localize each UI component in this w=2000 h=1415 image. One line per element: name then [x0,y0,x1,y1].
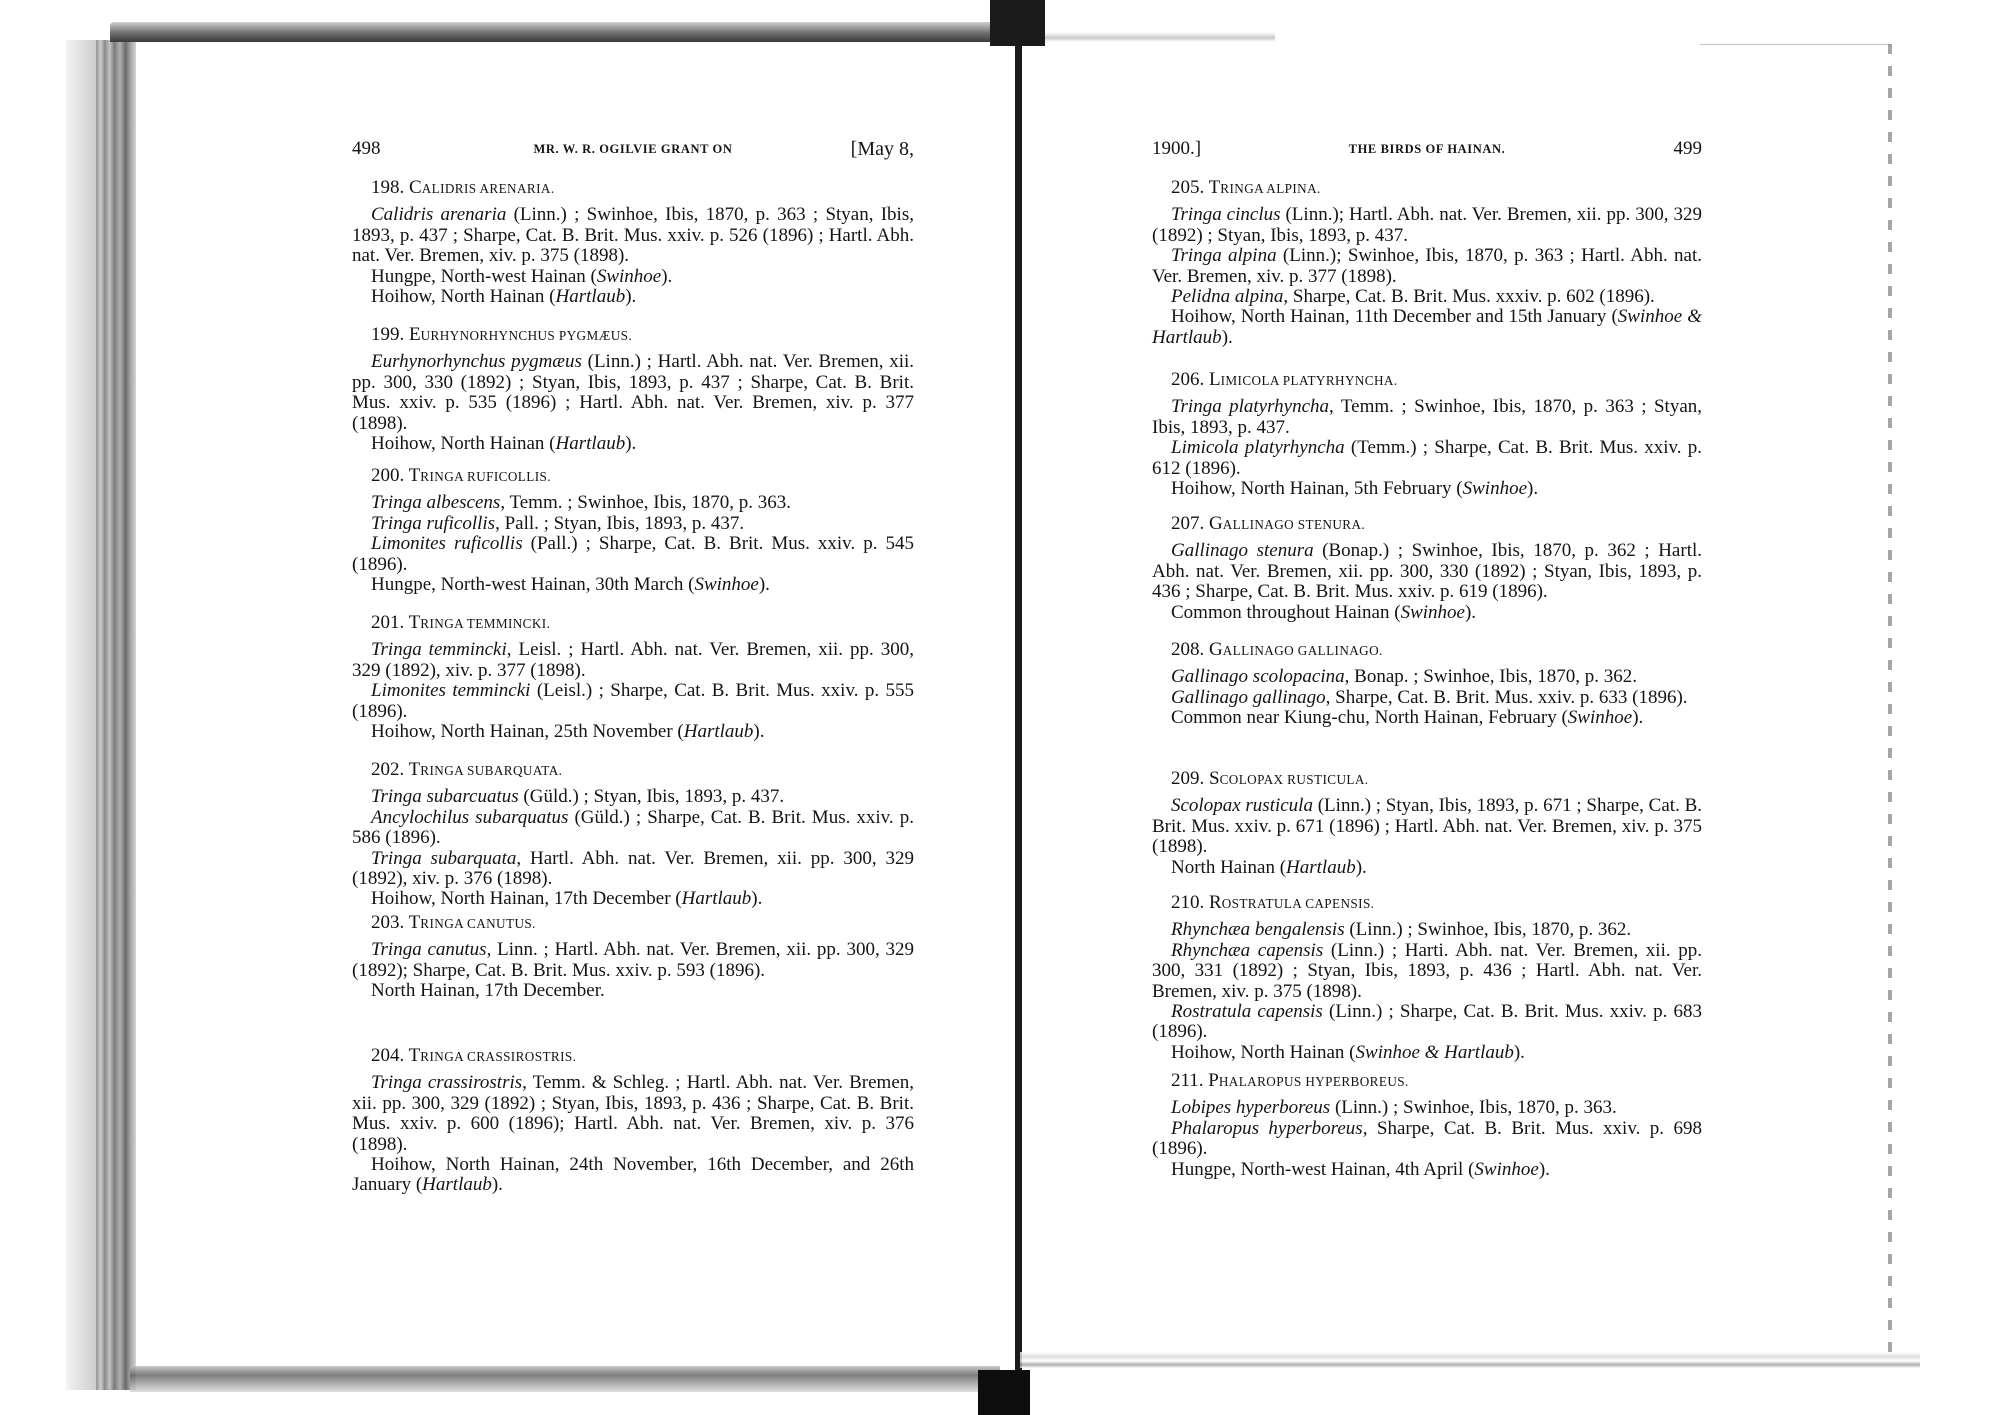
book-bottom-shadow [130,1366,1000,1392]
synonymy-paragraph: Hungpe, North-west Hainan, 30th March (S… [352,575,914,595]
text-run: ). [1514,1042,1525,1063]
text-run: Common throughout Hainan ( [1171,602,1401,623]
species-name: SUBARQUATA. [467,763,562,778]
species-number: 206. [1171,369,1209,390]
italic-run: Scolopax rusticula [1171,795,1313,816]
genus-name: HALAROPUS [1219,1074,1305,1089]
genus-initial: T [409,912,421,933]
text-run: ). [1465,602,1476,623]
synonymy-paragraph: Ancylochilus subarquatus (Güld.) ; Sharp… [352,808,914,849]
species-name: ALPINA. [1266,181,1320,196]
genus-initial: L [1209,369,1221,390]
species-number: 209. [1171,768,1209,789]
species-heading: 200. TRINGA RUFICOLLIS. [352,466,914,487]
italic-run: Hartlaub [556,286,626,307]
italic-run: Tringa temmincki [371,639,507,660]
synonymy-paragraph: Tringa crassirostris, Temm. & Schleg. ; … [352,1073,914,1155]
species-number: 207. [1171,513,1209,534]
synonymy-paragraph: Tringa alpina (Linn.); Swinhoe, Ibis, 18… [1152,246,1702,287]
synonymy-paragraph: Lobipes hyperboreus (Linn.) ; Swinhoe, I… [1152,1098,1702,1118]
book-gutter [1015,46,1022,1376]
species-entry: 201. TRINGA TEMMINCKI.Tringa temmincki, … [352,613,914,742]
species-heading: 201. TRINGA TEMMINCKI. [352,613,914,634]
species-entry: 198. CALIDRIS ARENARIA.Calidris arenaria… [352,178,914,307]
genus-initial: T [409,759,421,780]
genus-name: URHYNORHYNCHUS [421,328,559,343]
italic-run: Hartlaub [682,888,752,909]
species-entry: 206. LIMICOLA PLATYRHYNCHA.Tringa platyr… [1152,370,1702,499]
text-run: (Güld.) ; Styan, Ibis, 1893, p. 437. [519,786,784,807]
text-run: ). [1527,478,1538,499]
running-head-right: 1900.] THE BIRDS OF HAINAN. 499 [1152,138,1702,168]
genus-initial: C [409,177,422,198]
text-run: Hoihow, North Hainan ( [1171,1042,1356,1063]
text-run: North Hainan ( [1171,857,1286,878]
species-heading: 204. TRINGA CRASSIROSTRIS. [352,1046,914,1067]
synonymy-paragraph: Tringa temmincki, Leisl. ; Hartl. Abh. n… [352,640,914,681]
italic-run: Tringa albescens [371,492,500,513]
synonymy-paragraph: Hoihow, North Hainan, 17th December (Har… [352,889,914,909]
italic-run: Hartlaub [684,721,754,742]
species-number: 205. [1171,177,1209,198]
italic-run: Swinhoe [1401,602,1465,623]
species-entry: 203. TRINGA CANUTUS.Tringa canutus, Linn… [352,913,914,1002]
genus-initial: T [409,612,421,633]
species-entry: 204. TRINGA CRASSIROSTRIS.Tringa crassir… [352,1046,914,1196]
italic-run: Phalaropus hyperboreus [1171,1118,1363,1139]
synonymy-paragraph: Tringa ruficollis, Pall. ; Styan, Ibis, … [352,514,914,534]
book-top-shadow [1045,32,1275,42]
synonymy-paragraph: Rhynchæa capensis (Linn.) ; Harti. Abh. … [1152,941,1702,1002]
species-heading: 199. EURHYNORHYNCHUS PYGMÆUS. [352,325,914,346]
species-heading: 202. TRINGA SUBARQUATA. [352,760,914,781]
italic-run: Swinhoe [1463,478,1527,499]
genus-name: ALLINAGO [1223,517,1298,532]
text-run: , Sharpe, Cat. B. Brit. Mus. xxxiv. p. 6… [1283,286,1654,307]
synonymy-paragraph: Hoihow, North Hainan, 5th February (Swin… [1152,479,1702,499]
species-number: 211. [1171,1070,1208,1091]
running-head-left: 498 MR. W. R. OGILVIE GRANT ON [May 8, [352,138,914,168]
species-name: GALLINAGO. [1298,643,1383,658]
synonymy-paragraph: Gallinago gallinago, Sharpe, Cat. B. Bri… [1152,688,1702,708]
synonymy-paragraph: Hoihow, North Hainan, 24th November, 16t… [352,1155,914,1196]
synonymy-paragraph: Common throughout Hainan (Swinhoe). [1152,603,1702,623]
genus-initial: T [1209,177,1221,198]
synonymy-paragraph: Hoihow, North Hainan (Hartlaub). [352,287,914,307]
text-run: (Linn.) ; Swinhoe, Ibis, 1870, p. 363. [1330,1097,1617,1118]
italic-run: Tringa platyrhyncha [1171,396,1329,417]
text-run: ). [661,266,672,287]
text-run: ). [1356,857,1367,878]
italic-run: Swinhoe [694,574,758,595]
genus-name: RINGA [420,1049,467,1064]
text-run: Common near Kiung-chu, North Hainan, Feb… [1171,707,1568,728]
italic-run: Tringa subarquata [371,848,516,869]
species-number: 203. [371,912,409,933]
species-name: HYPERBOREUS. [1305,1074,1408,1089]
book-bottom-edge [1020,1352,1920,1368]
italic-run: Calidris arenaria [371,204,506,225]
text-run: ). [759,574,770,595]
species-heading: 208. GALLINAGO GALLINAGO. [1152,640,1702,661]
synonymy-paragraph: Hoihow, North Hainan (Swinhoe & Hartlaub… [1152,1043,1702,1063]
synonymy-paragraph: Hungpe, North-west Hainan (Swinhoe). [352,267,914,287]
species-entry: 211. PHALAROPUS HYPERBOREUS.Lobipes hype… [1152,1071,1702,1180]
genus-initial: R [1209,892,1222,913]
species-name: ARENARIA. [479,181,554,196]
species-number: 199. [371,324,409,345]
genus-initial: P [1208,1070,1219,1091]
text-run: , Bonap. ; Swinhoe, Ibis, 1870, p. 362. [1345,666,1637,687]
synonymy-paragraph: Limonites ruficollis (Pall.) ; Sharpe, C… [352,534,914,575]
italic-run: Tringa canutus [371,939,487,960]
text-run: Hoihow, North Hainan ( [371,433,556,454]
italic-run: Hartlaub [556,433,626,454]
species-name: RUSTICULA. [1287,772,1368,787]
species-name: TEMMINCKI. [467,616,551,631]
species-heading: 211. PHALAROPUS HYPERBOREUS. [1152,1071,1702,1092]
italic-run: Swinhoe [1568,707,1632,728]
species-entry: 207. GALLINAGO STENURA.Gallinago stenura… [1152,514,1702,623]
species-number: 200. [371,465,409,486]
running-title: MR. W. R. OGILVIE GRANT ON [352,142,914,157]
italic-run: Limonites ruficollis [371,533,523,554]
species-heading: 206. LIMICOLA PLATYRHYNCHA. [1152,370,1702,391]
italic-run: Rhynchæa capensis [1171,940,1323,961]
italic-run: Tringa ruficollis [371,513,495,534]
italic-run: Limonites temmincki [371,680,530,701]
running-date: [May 8, [851,138,914,161]
italic-run: Swinhoe [1474,1159,1538,1180]
species-heading: 198. CALIDRIS ARENARIA. [352,178,914,199]
synonymy-paragraph: Rostratula capensis (Linn.) ; Sharpe, Ca… [1152,1002,1702,1043]
synonymy-paragraph: Scolopax rusticula (Linn.) ; Styan, Ibis… [1152,796,1702,857]
text-run: Hoihow, North Hainan, 11th December and … [1171,306,1618,327]
synonymy-paragraph: Tringa platyrhyncha, Temm. ; Swinhoe, Ib… [1152,397,1702,438]
species-heading: 209. SCOLOPAX RUSTICULA. [1152,769,1702,790]
italic-run: Ancylochilus subarquatus [371,807,568,828]
text-run: Hungpe, North-west Hainan, 4th April ( [1171,1159,1474,1180]
page-fore-edge-right [1888,44,1892,1354]
species-number: 202. [371,759,409,780]
running-title: THE BIRDS OF HAINAN. [1152,142,1702,157]
genus-initial: G [1209,639,1223,660]
text-run: ). [625,433,636,454]
species-name: RUFICOLLIS. [467,469,551,484]
genus-initial: E [409,324,421,345]
text-run: , Pall. ; Styan, Ibis, 1893, p. 437. [495,513,744,534]
text-run: Hoihow, North Hainan ( [371,286,556,307]
text-run: Hoihow, North Hainan, 5th February ( [1171,478,1463,499]
species-entry: 200. TRINGA RUFICOLLIS.Tringa albescens,… [352,466,914,595]
synonymy-paragraph: Gallinago scolopacina, Bonap. ; Swinhoe,… [1152,667,1702,687]
text-run: ). [751,888,762,909]
species-entry: 208. GALLINAGO GALLINAGO.Gallinago scolo… [1152,640,1702,729]
synonymy-paragraph: Pelidna alpina, Sharpe, Cat. B. Brit. Mu… [1152,287,1702,307]
italic-run: Rhynchæa bengalensis [1171,919,1345,940]
synonymy-paragraph: Limicola platyrhyncha (Temm.) ; Sharpe, … [1152,438,1702,479]
genus-name: IMICOLA [1221,373,1283,388]
italic-run: Tringa crassirostris [371,1072,522,1093]
italic-run: Hartlaub [422,1174,492,1195]
book-spine-bottom [978,1370,1030,1415]
italic-run: Lobipes hyperboreus [1171,1097,1330,1118]
italic-run: Rostratula capensis [1171,1001,1323,1022]
text-run: , Temm. ; Swinhoe, Ibis, 1870, p. 363. [500,492,791,513]
text-run: ). [625,286,636,307]
text-run: North Hainan, 17th December. [371,980,605,1001]
italic-run: Gallinago stenura [1171,540,1314,561]
species-name: PYGMÆUS. [559,328,632,343]
species-heading: 203. TRINGA CANUTUS. [352,913,914,934]
text-run: Hoihow, North Hainan, 17th December ( [371,888,682,909]
book-page-edges-left [96,40,136,1390]
synonymy-paragraph: Gallinago stenura (Bonap.) ; Swinhoe, Ib… [1152,541,1702,602]
species-entry: 205. TRINGA ALPINA.Tringa cinclus (Linn.… [1152,178,1702,348]
synonymy-paragraph: Rhynchæa bengalensis (Linn.) ; Swinhoe, … [1152,920,1702,940]
text-run: ). [1222,327,1233,348]
synonymy-paragraph: Tringa albescens, Temm. ; Swinhoe, Ibis,… [352,493,914,513]
species-entry: 202. TRINGA SUBARQUATA.Tringa subarcuatu… [352,760,914,910]
species-heading: 205. TRINGA ALPINA. [1152,178,1702,199]
synonymy-paragraph: Phalaropus hyperboreus, Sharpe, Cat. B. … [1152,1119,1702,1160]
species-name: PLATYRHYNCHA. [1283,373,1398,388]
italic-run: Pelidna alpina [1171,286,1283,307]
synonymy-paragraph: Hoihow, North Hainan (Hartlaub). [352,434,914,454]
italic-run: Limicola platyrhyncha [1171,437,1345,458]
synonymy-paragraph: Tringa canutus, Linn. ; Hartl. Abh. nat.… [352,940,914,981]
text-run: ). [1539,1159,1550,1180]
synonymy-paragraph: Hoihow, North Hainan, 25th November (Har… [352,722,914,742]
genus-name: RINGA [1220,181,1266,196]
synonymy-paragraph: Hungpe, North-west Hainan, 4th April (Sw… [1152,1160,1702,1180]
italic-run: Tringa alpina [1171,245,1277,266]
italic-run: Eurhynorhynchus pygmæus [371,351,582,372]
text-run: , Sharpe, Cat. B. Brit. Mus. xxiv. p. 63… [1326,687,1688,708]
species-heading: 207. GALLINAGO STENURA. [1152,514,1702,535]
italic-run: Tringa subarcuatus [371,786,519,807]
species-name: CRASSIROSTRIS. [467,1049,576,1064]
text-run: ). [492,1174,503,1195]
species-name: CANUTUS. [467,916,536,931]
synonymy-paragraph: Limonites temmincki (Leisl.) ; Sharpe, C… [352,681,914,722]
genus-initial: S [1209,768,1220,789]
species-entry: 210. ROSTRATULA CAPENSIS.Rhynchæa bengal… [1152,893,1702,1063]
genus-initial: G [1209,513,1223,534]
synonymy-paragraph: Tringa subarcuatus (Güld.) ; Styan, Ibis… [352,787,914,807]
species-number: 201. [371,612,409,633]
species-number: 204. [371,1045,409,1066]
synonymy-paragraph: Eurhynorhynchus pygmæus (Linn.) ; Hartl.… [352,352,914,434]
genus-initial: T [409,465,421,486]
page-number: 499 [1674,138,1703,160]
synonymy-paragraph: Tringa subarquata, Hartl. Abh. nat. Ver.… [352,849,914,890]
species-number: 198. [371,177,409,198]
text-run: Hoihow, North Hainan, 25th November ( [371,721,684,742]
synonymy-paragraph: Common near Kiung-chu, North Hainan, Feb… [1152,708,1702,728]
genus-name: RINGA [420,763,467,778]
book-spine-top [990,0,1045,46]
italic-run: Swinhoe & Hartlaub [1356,1042,1514,1063]
text-run: (Linn.) ; Swinhoe, Ibis, 1870, p. 362. [1345,919,1632,940]
genus-name: COLOPAX [1220,772,1288,787]
synonymy-paragraph: Hoihow, North Hainan, 11th December and … [1152,307,1702,348]
italic-run: Hartlaub [1286,857,1356,878]
synonymy-paragraph: North Hainan (Hartlaub). [1152,858,1702,878]
species-entry: 209. SCOLOPAX RUSTICULA.Scolopax rusticu… [1152,769,1702,878]
page-top-edge-right [1700,44,1890,45]
genus-name: RINGA [420,469,467,484]
genus-name: ALIDRIS [422,181,480,196]
genus-name: ALLINAGO [1223,643,1298,658]
italic-run: Gallinago scolopacina [1171,666,1345,687]
italic-run: Tringa cinclus [1171,204,1281,225]
genus-name: RINGA [420,616,467,631]
species-entry: 199. EURHYNORHYNCHUS PYGMÆUS.Eurhynorhyn… [352,325,914,454]
synonymy-paragraph: Calidris arenaria (Linn.) ; Swinhoe, Ibi… [352,205,914,266]
genus-initial: T [409,1045,421,1066]
text-run: ). [753,721,764,742]
species-heading: 210. ROSTRATULA CAPENSIS. [1152,893,1702,914]
text-run: Hungpe, North-west Hainan, 30th March ( [371,574,694,595]
text-run: ). [1632,707,1643,728]
italic-run: Gallinago gallinago [1171,687,1326,708]
text-run: Hungpe, North-west Hainan ( [371,266,597,287]
species-name: STENURA. [1298,517,1365,532]
species-number: 210. [1171,892,1209,913]
italic-run: Swinhoe [597,266,661,287]
book-top-edge [110,22,990,42]
species-number: 208. [1171,639,1209,660]
genus-name: OSTRATULA [1222,896,1306,911]
species-name: CAPENSIS. [1305,896,1374,911]
genus-name: RINGA [420,916,467,931]
synonymy-paragraph: North Hainan, 17th December. [352,981,914,1001]
synonymy-paragraph: Tringa cinclus (Linn.); Hartl. Abh. nat.… [1152,205,1702,246]
